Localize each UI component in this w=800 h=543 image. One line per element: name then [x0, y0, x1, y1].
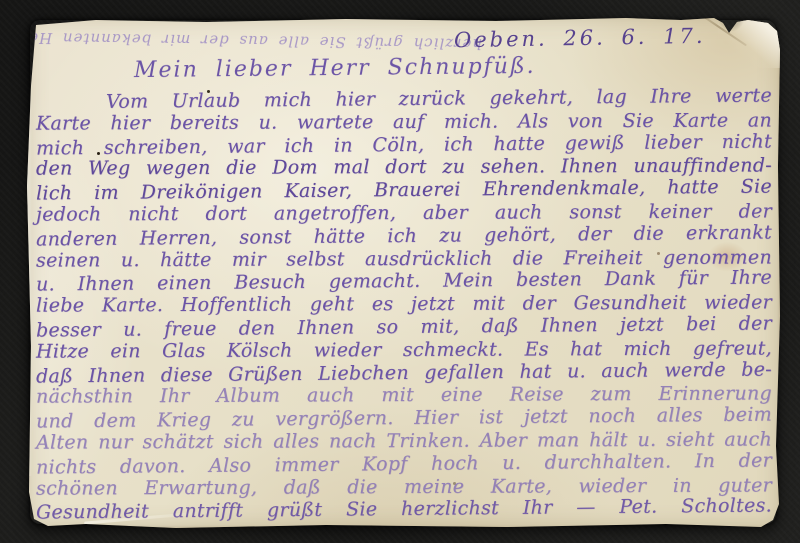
letter-body: Vom Urlaub mich hier zurück gekehrt, lag… [36, 88, 772, 521]
inverted-top-line: herzlich grüßt Sie alle aus der mir beka… [30, 19, 482, 53]
date-line: Oeben. 26. 6. 17. [454, 24, 706, 52]
postcard: herzlich grüßt Sie alle aus der mir beka… [26, 16, 780, 528]
salutation-line: Mein lieber Herr Schnupfüß. [134, 54, 536, 83]
